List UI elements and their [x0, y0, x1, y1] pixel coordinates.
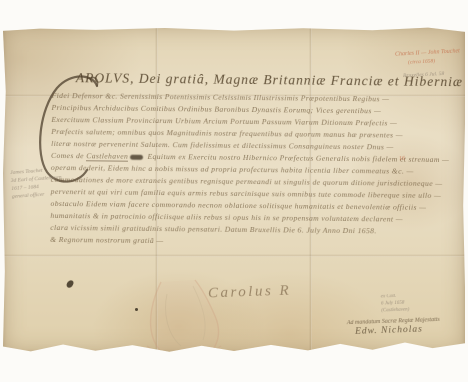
horizontal-fold-crease: [3, 254, 465, 257]
right-margin-red-mark: 16: [399, 156, 405, 162]
ink-dot-mark: [135, 308, 138, 311]
papered-seal-remnant-outline: [123, 276, 238, 376]
castlehaven-underlined: Castlehaven: [86, 151, 128, 161]
royal-title-line: AROLVS, Dei gratiâ, Magnæ Britanniæ Fran…: [76, 70, 454, 90]
secretary-docket: Ad mandatum Sacræ Regiæ Majestatis Edw. …: [347, 316, 468, 337]
auction-photo-of-document: AROLVS, Dei gratiâ, Magnæ Britanniæ Fran…: [0, 0, 468, 382]
ink-blot-correction: [130, 154, 143, 159]
ink-blot-mark: [66, 279, 75, 289]
manuscript-paper-sheet: AROLVS, Dei gratiâ, Magnæ Britanniæ Fran…: [3, 26, 465, 353]
top-right-red-annotation-2: (circa 1658): [408, 58, 435, 65]
bottom-right-pencil-note: ex Coll. 6 July 1658 (Castlehaven): [381, 291, 466, 315]
top-right-red-annotation: Charles II — John Touchet: [395, 48, 460, 57]
pencil-note-line: (Castlehaven): [381, 305, 465, 315]
manuscript-text-block: AROLVS, Dei gratiâ, Magnæ Britanniæ Fran…: [50, 70, 454, 250]
regnal-year-line: & Regnorum nostrorum gratiâ —: [50, 234, 230, 248]
left-margin-pencil-note: James Touchet 3d Earl of Castlehaven 161…: [10, 163, 98, 201]
castlehaven-pre: Comes de: [51, 151, 86, 160]
